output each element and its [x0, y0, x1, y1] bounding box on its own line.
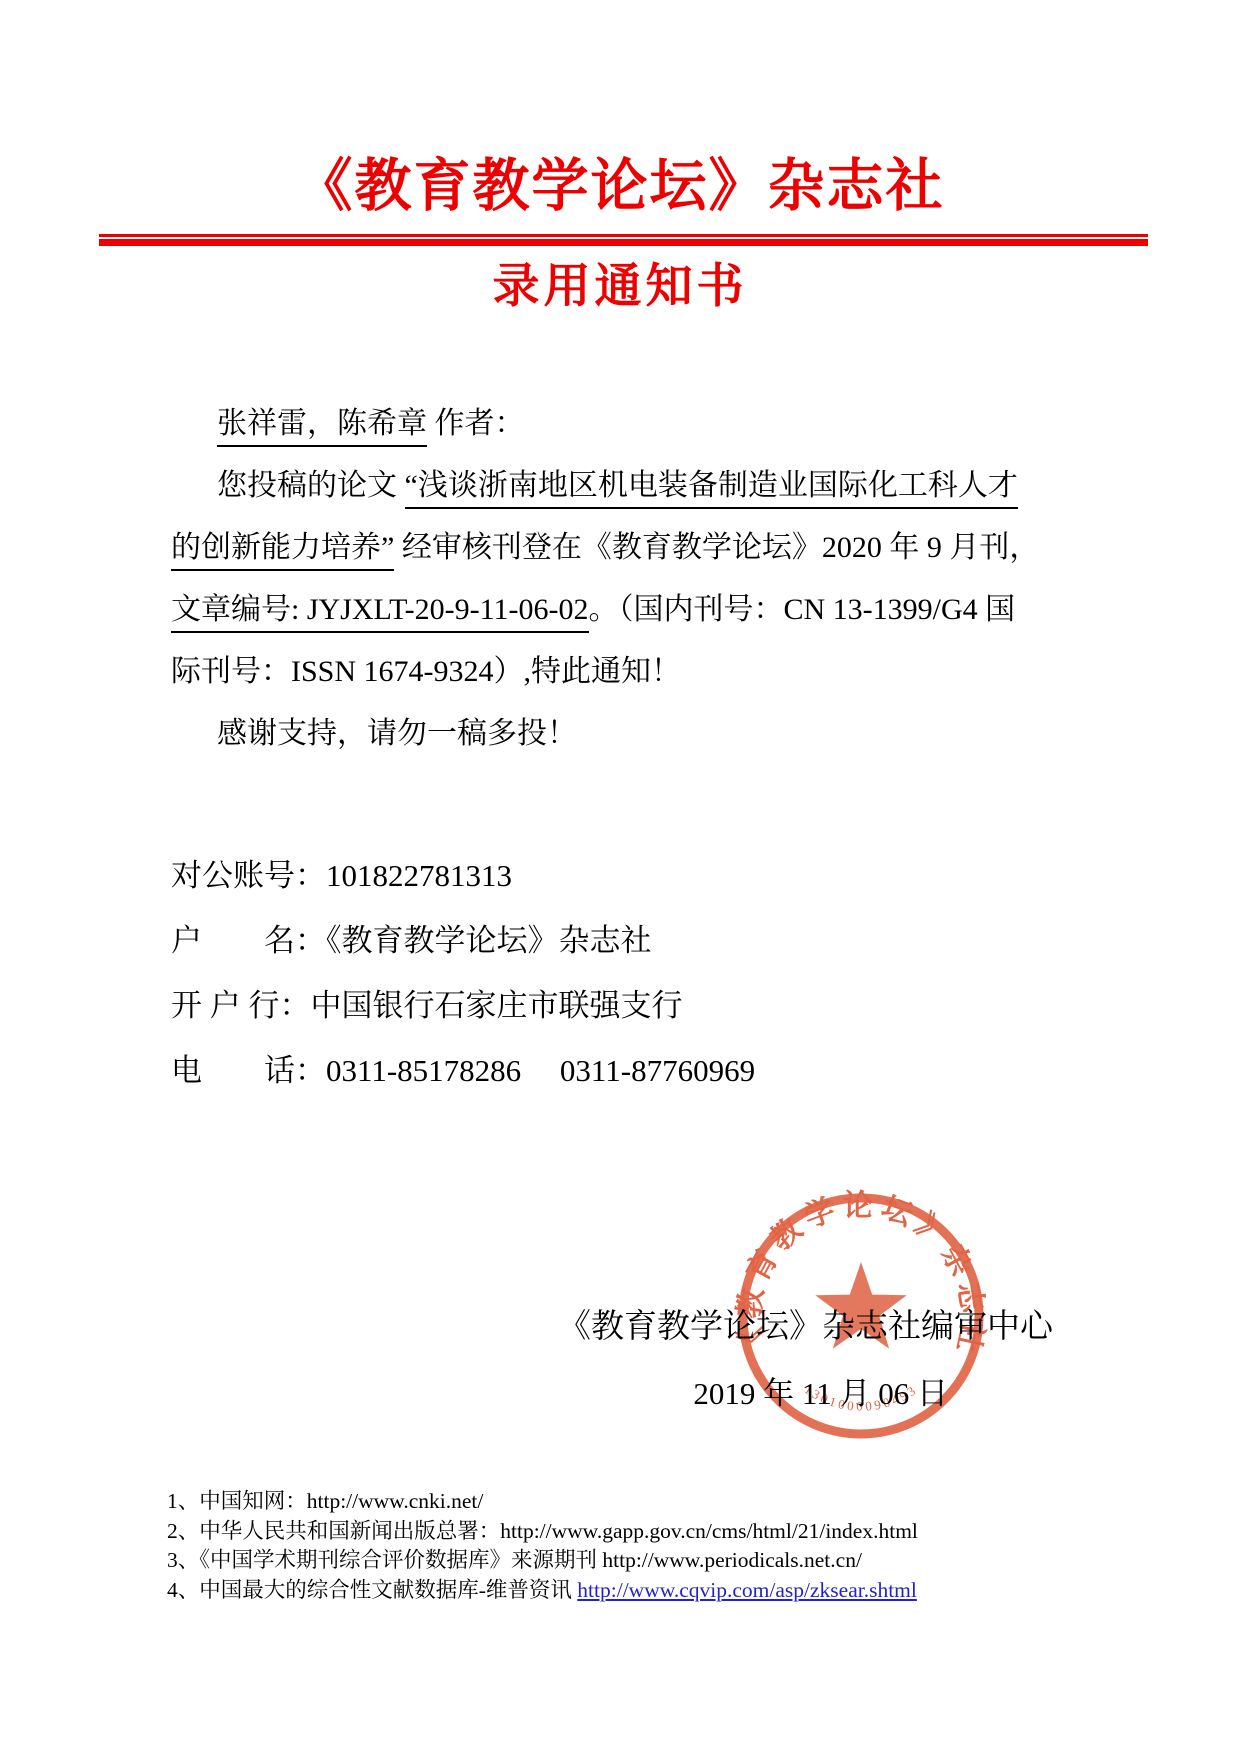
bank-info: 对公账号：101822781313 户 名：《教育教学论坛》杂志社 开 户 行：… — [171, 843, 755, 1103]
article-number-line: 文章编号: JYJXLT-20-9-11-06-02。（国内刊号：CN 13-1… — [171, 579, 1063, 641]
footer-item-1-url: http://www.cnki.net/ — [307, 1489, 484, 1513]
footer-item-periodicals: 3、《中国学术期刊综合评价数据库》来源期刊 http://www.periodi… — [167, 1546, 918, 1576]
footer-item-2-url: http://www.gapp.gov.cn/cms/html/21/index… — [500, 1519, 918, 1543]
author-names: 张祥雷，陈希章 — [217, 407, 427, 447]
bank-holder-row: 户 名：《教育教学论坛》杂志社 — [171, 908, 755, 973]
bank-phone-label: 电 话： — [171, 1053, 326, 1088]
article-number: 文章编号: JYJXLT-20-9-11-06-02 — [171, 593, 589, 633]
thanks-line: 感谢支持，请勿一稿多投！ — [171, 703, 1063, 765]
bank-branch-value: 中国银行石家庄市联强支行 — [311, 988, 683, 1023]
official-seal-stamp-icon: 《教育教学论坛》杂志社 1301000090493 — [733, 1188, 989, 1444]
letter-body: 张祥雷，陈希章 作者： 您投稿的论文 “浅谈浙南地区机电装备制造业国际化工科人才… — [171, 393, 1063, 765]
paper-intro: 您投稿的论文 — [217, 469, 405, 502]
footer-item-cqvip: 4、中国最大的综合性文献数据库-维普资讯 http://www.cqvip.co… — [167, 1576, 918, 1606]
bank-branch-label: 开 户 行： — [171, 988, 311, 1023]
footer-item-gapp: 2、中华人民共和国新闻出版总署：http://www.gapp.gov.cn/c… — [167, 1517, 918, 1547]
paper-line-2: 的创新能力培养” 经审核刊登在《教育教学论坛》2020 年 9 月刊， — [171, 517, 1063, 579]
footer-item-4-link[interactable]: http://www.cqvip.com/asp/zksear.shtml — [577, 1578, 917, 1602]
paper-title-part1: “浅谈浙南地区机电装备制造业国际化工科人才 — [405, 469, 1018, 509]
bank-phone-row: 电 话：0311-85178286 0311-87760969 — [171, 1038, 755, 1103]
divider-thick-line — [99, 239, 1148, 246]
reference-links-footer: 1、中国知网：http://www.cnki.net/ 2、中华人民共和国新闻出… — [167, 1487, 918, 1605]
footer-item-3-url: http://www.periodicals.net.cn/ — [602, 1548, 862, 1572]
bank-phone-value: 0311-85178286 0311-87760969 — [326, 1053, 755, 1088]
footer-item-4-text: 4、中国最大的综合性文献数据库-维普资讯 — [167, 1578, 577, 1602]
bank-account-row: 对公账号：101822781313 — [171, 843, 755, 908]
bank-account-label: 对公账号： — [171, 858, 326, 893]
authors-suffix: 作者： — [427, 407, 525, 440]
paper-title-part2: 的创新能力培养” — [171, 531, 394, 571]
footer-item-2-text: 2、中华人民共和国新闻出版总署： — [167, 1519, 500, 1543]
seal-serial-number: 1301000090493 — [802, 1381, 921, 1413]
footer-item-cnki: 1、中国知网：http://www.cnki.net/ — [167, 1487, 918, 1517]
organization-title: 《教育教学论坛》杂志社 — [0, 140, 1240, 222]
issn-line: 际刊号：ISSN 1674-9324）,特此通知！ — [171, 641, 1063, 703]
publication-info: 经审核刊登在《教育教学论坛》2020 年 9 月刊， — [394, 531, 1039, 564]
authors-line: 张祥雷，陈希章 作者： — [171, 393, 1063, 455]
footer-item-1-text: 1、中国知网： — [167, 1489, 307, 1513]
red-divider — [99, 234, 1148, 246]
footer-item-3-text: 3、《中国学术期刊综合评价数据库》来源期刊 — [167, 1548, 602, 1572]
document-title: 录用通知书 — [0, 249, 1240, 316]
bank-branch-row: 开 户 行：中国银行石家庄市联强支行 — [171, 973, 755, 1038]
seal-star-icon — [815, 1262, 906, 1349]
bank-account-value: 101822781313 — [326, 858, 512, 893]
svg-text:1301000090493: 1301000090493 — [802, 1381, 921, 1413]
bank-holder-label: 户 名： — [171, 923, 326, 958]
bank-holder-value: 《教育教学论坛》杂志社 — [326, 923, 652, 958]
paper-line-1: 您投稿的论文 “浅谈浙南地区机电装备制造业国际化工科人才 — [171, 455, 1063, 517]
cn-number: 。（国内刊号：CN 13-1399/G4 国 — [589, 593, 1016, 626]
